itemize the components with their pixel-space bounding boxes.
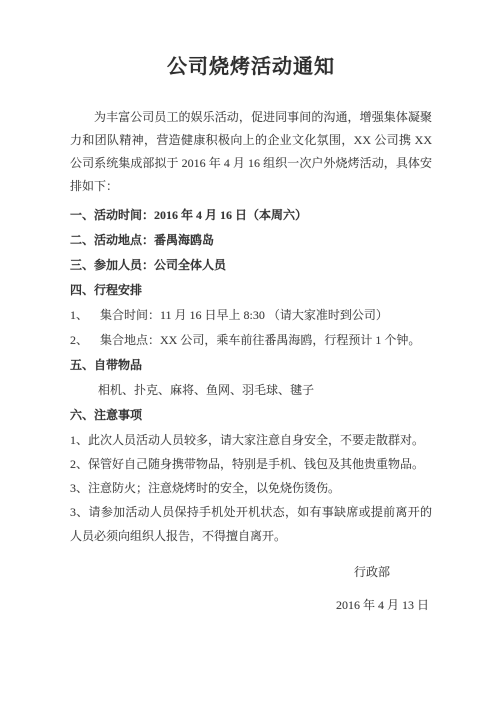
section-heading-participants: 三、参加人员：公司全体人员: [70, 253, 432, 278]
notice-item: 3、注意防火；注意烧烤时的安全，以免烧伤烫伤。: [70, 476, 432, 500]
itinerary-item: 1、 集合时间：11 月 16 日早上 8:30 （请大家准时到公司）: [70, 303, 432, 328]
itinerary-item: 2、 集合地点：XX 公司，乘车前往番禺海鸥，行程预计 1 个钟。: [70, 328, 432, 353]
itinerary-item-number: 1、: [70, 303, 100, 328]
intro-paragraph: 为丰富公司员工的娱乐活动，促进同事间的沟通，增强集体凝聚力和团队精神，营造健康积…: [70, 106, 432, 198]
signature-date: 2016 年 4 月 13 日: [70, 593, 432, 618]
bring-items-list: 相机、扑克、麻将、鱼网、羽毛球、毽子: [70, 378, 432, 403]
signature-block: 行政部 2016 年 4 月 13 日: [70, 560, 432, 618]
document-page: 公司烧烤活动通知 为丰富公司员工的娱乐活动，促进同事间的沟通，增强集体凝聚力和团…: [0, 0, 500, 708]
notice-item: 2、保管好自己随身携带物品，特别是手机、钱包及其他贵重物品。: [70, 452, 432, 476]
notice-item: 1、此次人员活动人员较多，请大家注意自身安全，不要走散群对。: [70, 428, 432, 452]
section-heading-itinerary: 四、行程安排: [70, 278, 432, 303]
itinerary-item-text: 集合时间：11 月 16 日早上 8:30 （请大家准时到公司）: [100, 303, 432, 328]
section-heading-bring: 五、自带物品: [70, 353, 432, 378]
signature-department: 行政部: [70, 560, 432, 585]
notice-item: 3、请参加活动人员保持手机处开机状态，如有事缺席或提前离开的人员必须向组织人报告…: [70, 500, 432, 548]
document-title: 公司烧烤活动通知: [70, 50, 432, 84]
itinerary-item-text: 集合地点：XX 公司，乘车前往番禺海鸥，行程预计 1 个钟。: [100, 328, 432, 353]
section-heading-notice: 六、注意事项: [70, 403, 432, 428]
section-heading-activity-time: 一、活动时间：2016 年 4 月 16 日（本周六）: [70, 203, 432, 228]
itinerary-item-number: 2、: [70, 328, 100, 353]
section-heading-activity-place: 二、活动地点：番禺海鸥岛: [70, 228, 432, 253]
